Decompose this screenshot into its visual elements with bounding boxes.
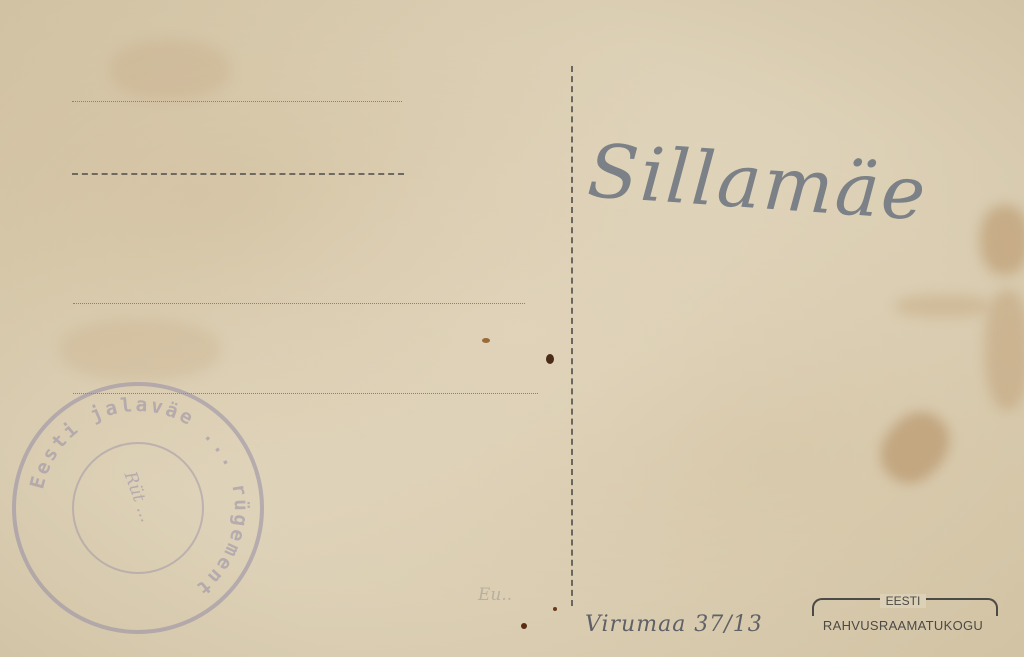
stain-top-left — [110, 40, 230, 100]
library-stamp-name: RAHVUSRAAMATUKOGU — [810, 618, 996, 633]
stain-mid-left — [60, 320, 220, 380]
stain-right-mid — [985, 290, 1024, 410]
handwritten-place-name: Sillamäe — [585, 128, 930, 238]
library-stamp-top-label: EESTI — [880, 594, 927, 608]
round-postmark-stamp: Eesti jalaväe ... rügement Rüt ... — [12, 382, 264, 634]
stain-diamond — [868, 399, 962, 495]
handwritten-reference: Virumaa 37/13 — [585, 612, 763, 637]
ink-speck-bottom — [521, 623, 527, 629]
library-stamp: EESTI RAHVUSRAAMATUKOGU — [810, 594, 996, 638]
stain-streak — [895, 295, 990, 317]
postcard-back: Sillamäe Virumaa 37/13 Eu.. Eesti jalavä… — [0, 0, 1024, 657]
address-line-main — [72, 173, 404, 175]
ink-speck — [546, 354, 554, 364]
center-divider — [571, 66, 573, 606]
faint-pencil-note: Eu.. — [478, 585, 512, 605]
address-line-dotted-2 — [73, 303, 525, 304]
ink-speck-bottom-2 — [553, 607, 557, 611]
address-line-dotted-1 — [72, 101, 402, 102]
ink-speck-small — [482, 338, 490, 343]
stain-right-upper — [980, 205, 1024, 275]
